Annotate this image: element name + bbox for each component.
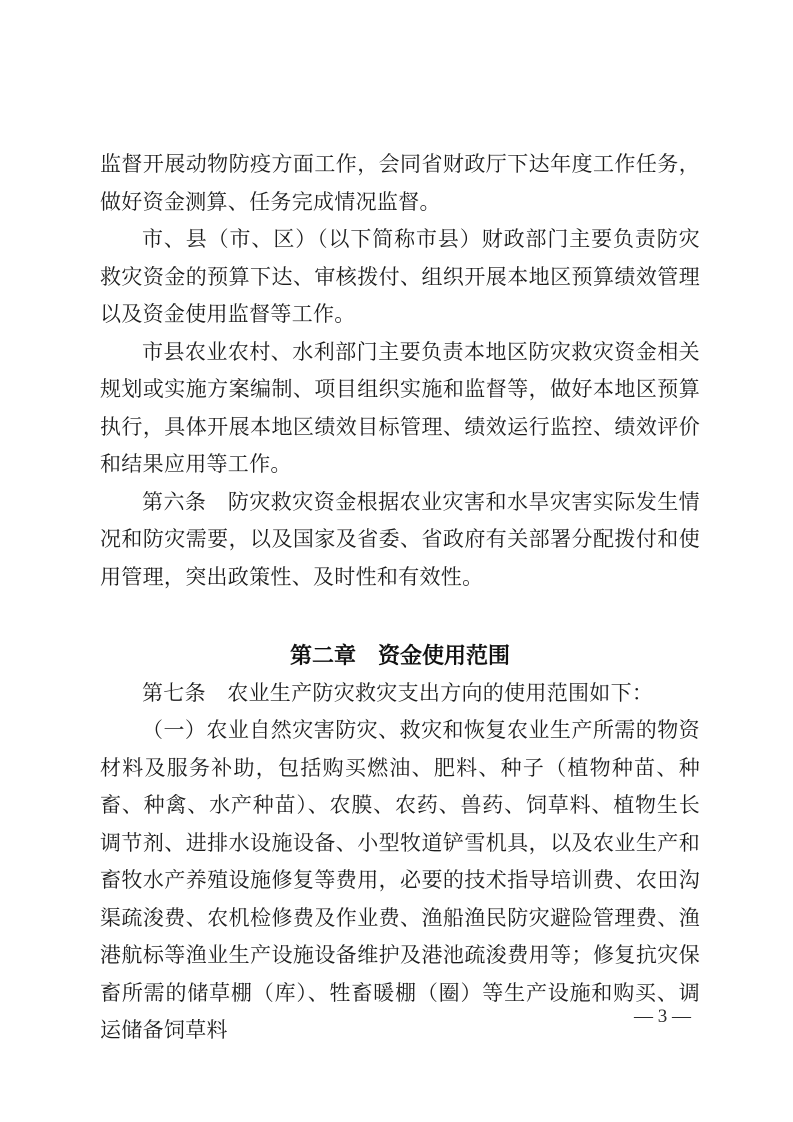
paragraph-article-6: 第六条 防灾救灾资金根据农业灾害和水旱灾害实际发生情况和防灾需要，以及国家及省委… xyxy=(100,484,700,597)
paragraph-article-7: 第七条 农业生产防灾救灾支出方向的使用范围如下： xyxy=(100,675,700,713)
paragraph-city-county-agriculture-water: 市县农业农村、水利部门主要负责本地区防灾救灾资金相关规划或实施方案编制、项目组织… xyxy=(100,334,700,484)
page-number: — 3 — xyxy=(634,1006,691,1027)
document-body: 监督开展动物防疫方面工作，会同省财政厅下达年度工作任务，做好资金测算、任务完成情… xyxy=(100,146,700,1050)
page-footer: — 3 — xyxy=(634,1004,691,1030)
paragraph-city-county-finance: 市、县（市、区）（以下简称市县）财政部门主要负责防灾救灾资金的预算下达、审核拨付… xyxy=(100,221,700,334)
chapter-2-heading: 第二章 资金使用范围 xyxy=(100,637,700,675)
document-page: 监督开展动物防疫方面工作，会同省财政厅下达年度工作任务，做好资金测算、任务完成情… xyxy=(0,0,793,1122)
paragraph-item-1: （一）农业自然灾害防灾、救灾和恢复农业生产所需的物资材料及服务补助，包括购买燃油… xyxy=(100,712,700,1050)
paragraph-continuation: 监督开展动物防疫方面工作，会同省财政厅下达年度工作任务，做好资金测算、任务完成情… xyxy=(100,146,700,221)
